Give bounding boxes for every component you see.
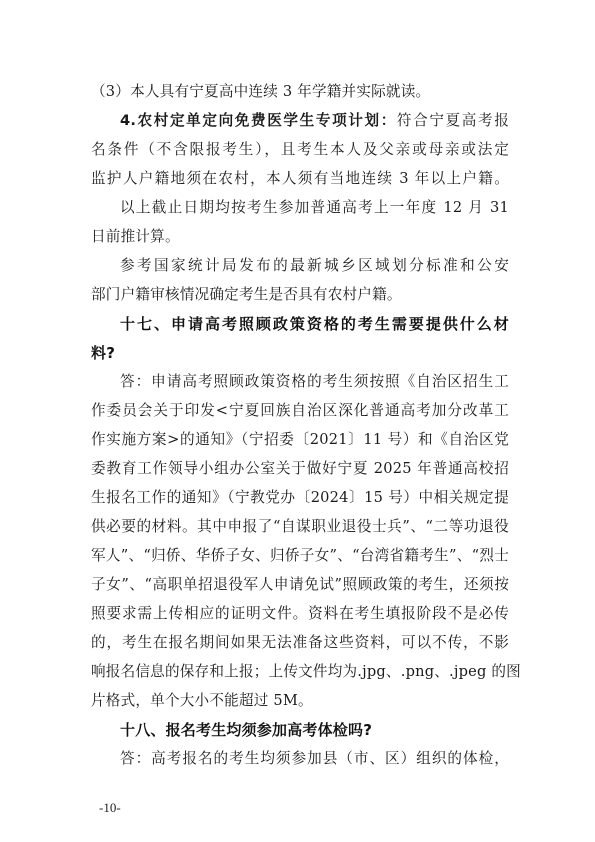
text-line: 作委员会关于印发<宁夏回族自治区深化普通高考加分改革工 <box>91 401 509 421</box>
text-fragment: 符合宁夏高考报 <box>397 112 509 129</box>
text-line: 片格式，单个大小不能超过 5M。 <box>91 691 509 711</box>
text-line: 名条件（不含限报考生），且考生本人及父亲或母亲或法定 <box>91 140 509 160</box>
text-line: 生报名工作的通知》（宁教党办〔2024〕15 号）中相关规定提 <box>91 488 509 508</box>
text-line: 答：高考报名的考生均须参加县（市、区）组织的体检， <box>120 749 509 769</box>
text-line: （3）本人具有宁夏高中连续 3 年学籍并实际就读。 <box>91 82 509 102</box>
bold-subheading: 4.农村定单定向免费医学生专项计划： <box>120 112 397 129</box>
text-line: 参考国家统计局发布的最新城乡区域划分标准和公安 <box>120 256 509 276</box>
text-line: 子女”、“高职单招退役军人申请免试”照顾政策的考生，还须按 <box>91 575 509 595</box>
text-line: 供必要的材料。其中申报了“自谋职业退役士兵”、“二等功退役 <box>91 517 509 537</box>
text-line: 照要求需上传相应的证明文件。资料在考生填报阶段不是必传 <box>91 604 509 624</box>
text-line: 的，考生在报名期间如果无法准备这些资料，可以不传，不影 <box>91 633 509 653</box>
page-number: -10- <box>99 800 121 816</box>
section-heading: 十七、申请高考照顾政策资格的考生需要提供什么材 <box>120 314 509 334</box>
text-line: 日前推计算。 <box>91 227 509 247</box>
text-line: 监护人户籍地须在农村，本人须有当地连续 3 年以上户籍。 <box>91 169 509 189</box>
text-line: 4.农村定单定向免费医学生专项计划：符合宁夏高考报 <box>120 111 509 131</box>
text-line: 以上截止日期均按考生参加普通高考上一年度 12 月 31 <box>120 198 509 218</box>
text-line: 作实施方案>的通知》（宁招委〔2021〕11 号）和《自治区党 <box>91 430 509 450</box>
section-heading: 十八、报名考生均须参加高考体检吗? <box>120 720 509 740</box>
text-line: 答：申请高考照顾政策资格的考生须按照《自治区招生工 <box>120 372 509 392</box>
document-page: （3）本人具有宁夏高中连续 3 年学籍并实际就读。 4.农村定单定向免费医学生专… <box>0 0 595 842</box>
section-heading: 料? <box>91 343 509 363</box>
text-line: 部门户籍审核情况确定考生是否具有农村户籍。 <box>91 285 509 305</box>
text-line: 响报名信息的保存和上报；上传文件均为.jpg、.png、.jpeg 的图 <box>91 662 509 682</box>
text-line: 军人”、“归侨、华侨子女、归侨子女”、“台湾省籍考生”、“烈士 <box>91 546 509 566</box>
text-line: 委教育工作领导小组办公室关于做好宁夏 2025 年普通高校招 <box>91 459 509 479</box>
